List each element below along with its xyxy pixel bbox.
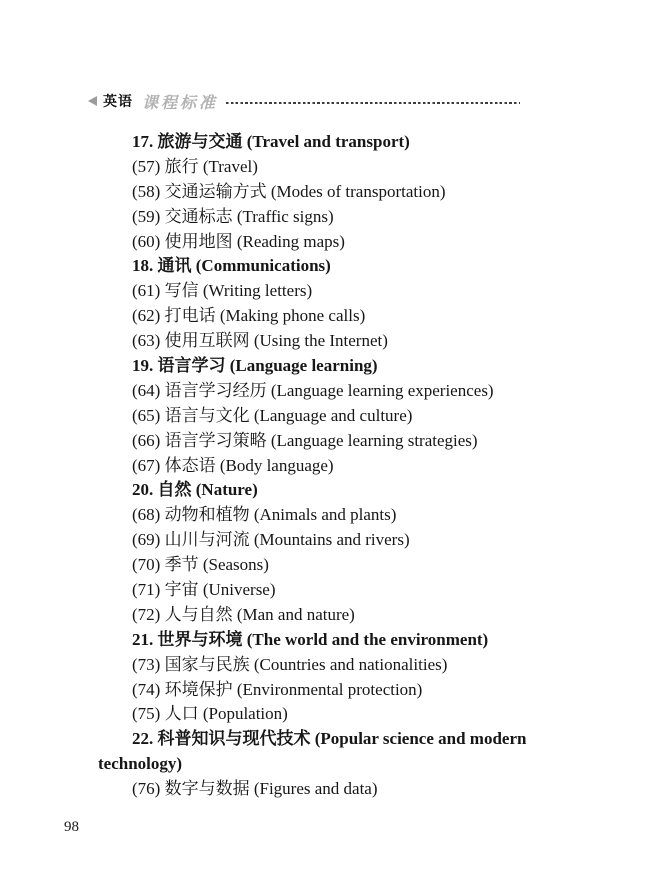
list-item: (66) 语言学习策略 (Language learning strategie…	[98, 429, 558, 454]
left-triangle-icon	[88, 96, 97, 106]
header-dotted-rule	[226, 102, 520, 104]
section-heading: 17. 旅游与交通 (Travel and transport)	[98, 130, 558, 155]
list-item: (70) 季节 (Seasons)	[98, 553, 558, 578]
section-heading-continuation: technology)	[98, 752, 558, 777]
list-item: (60) 使用地图 (Reading maps)	[98, 230, 558, 255]
list-item: (58) 交通运输方式 (Modes of transportation)	[98, 180, 558, 205]
header-title-bold: 英语	[103, 91, 133, 111]
list-item: (72) 人与自然 (Man and nature)	[98, 603, 558, 628]
topic-list: 17. 旅游与交通 (Travel and transport) (57) 旅行…	[98, 130, 558, 802]
running-header: 英语 课程标准	[88, 92, 520, 110]
section-heading: 20. 自然 (Nature)	[98, 478, 558, 503]
list-item: (67) 体态语 (Body language)	[98, 454, 558, 479]
header-title-light: 课程标准	[142, 90, 218, 113]
list-item: (59) 交通标志 (Traffic signs)	[98, 205, 558, 230]
list-item: (63) 使用互联网 (Using the Internet)	[98, 329, 558, 354]
list-item: (76) 数字与数据 (Figures and data)	[98, 777, 558, 802]
list-item: (65) 语言与文化 (Language and culture)	[98, 404, 558, 429]
section-heading: 22. 科普知识与现代技术 (Popular science and moder…	[98, 727, 558, 752]
section-heading: 18. 通讯 (Communications)	[98, 254, 558, 279]
list-item: (75) 人口 (Population)	[98, 702, 558, 727]
list-item: (69) 山川与河流 (Mountains and rivers)	[98, 528, 558, 553]
list-item: (74) 环境保护 (Environmental protection)	[98, 678, 558, 703]
list-item: (71) 宇宙 (Universe)	[98, 578, 558, 603]
list-item: (73) 国家与民族 (Countries and nationalities)	[98, 653, 558, 678]
list-item: (64) 语言学习经历 (Language learning experienc…	[98, 379, 558, 404]
page-number: 98	[64, 819, 79, 836]
list-item: (62) 打电话 (Making phone calls)	[98, 304, 558, 329]
list-item: (61) 写信 (Writing letters)	[98, 279, 558, 304]
document-page: 英语 课程标准 17. 旅游与交通 (Travel and transport)…	[0, 0, 668, 891]
section-heading: 21. 世界与环境 (The world and the environment…	[98, 628, 558, 653]
list-item: (68) 动物和植物 (Animals and plants)	[98, 503, 558, 528]
section-heading: 19. 语言学习 (Language learning)	[98, 354, 558, 379]
list-item: (57) 旅行 (Travel)	[98, 155, 558, 180]
